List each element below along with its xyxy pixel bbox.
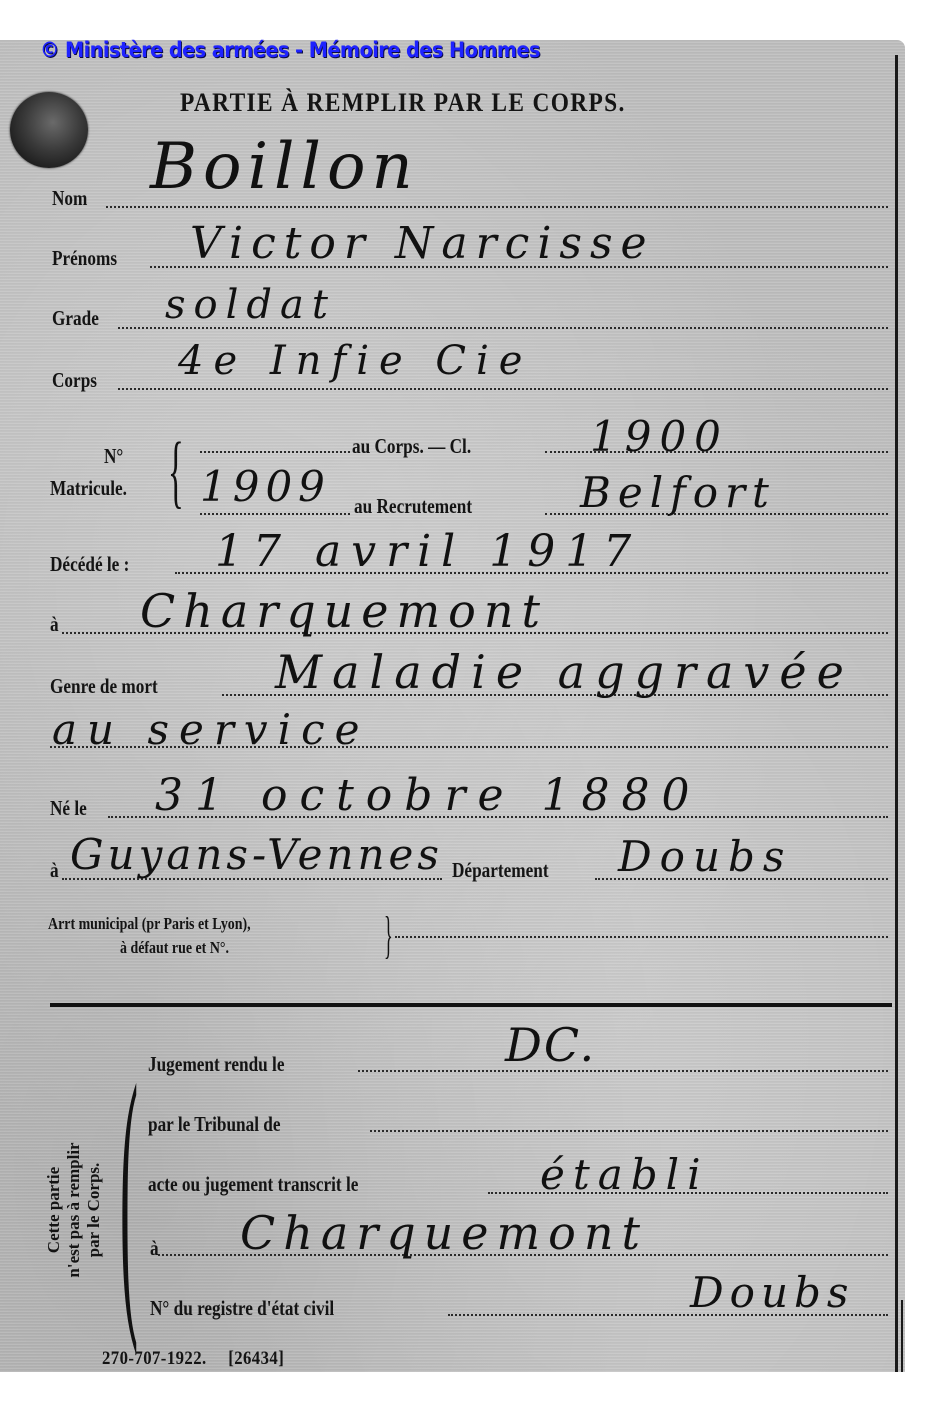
jugement-value: DC. xyxy=(505,1018,596,1072)
decede-a-value: Charquemont xyxy=(140,584,548,638)
decede-le-label: Décédé le : xyxy=(50,552,129,577)
side-note-line3: par le Corps. xyxy=(84,1090,104,1330)
grade-value: soldat xyxy=(165,282,336,328)
matricule-label: Matricule. xyxy=(50,476,127,501)
transcription-a-label: à xyxy=(150,1236,159,1261)
ne-a-label: à xyxy=(50,858,59,883)
copyright-watermark: © Ministère des armées - Mémoire des Hom… xyxy=(40,38,540,62)
section-divider xyxy=(50,1003,892,1007)
genre-de-mort-value-line1: Maladie aggravée xyxy=(275,645,854,699)
right-border-line xyxy=(895,55,898,1372)
nom-dotted-line xyxy=(106,206,888,208)
ne-le-label: Né le xyxy=(50,796,87,821)
registre-label: N° du registre d'état civil xyxy=(150,1296,334,1321)
side-note: Cette partie n'est pas à remplir par le … xyxy=(44,1090,124,1330)
arrondissement-label-line1: Arrt municipal (pr Paris et Lyon), xyxy=(48,914,251,934)
form-title: PARTIE À REMPLIR PAR LE CORPS. xyxy=(180,88,626,118)
civil-section-brace: ( xyxy=(120,1040,138,1340)
au-recrutement-label: au Recrutement xyxy=(354,494,472,519)
tribunal-label: par le Tribunal de xyxy=(148,1112,281,1137)
ne-a-value: Guyans-Vennes xyxy=(70,830,443,879)
nom-label: Nom xyxy=(52,186,87,211)
arrondissement-brace: } xyxy=(384,910,393,962)
acte-value: établi xyxy=(540,1150,709,1199)
jugement-label: Jugement rendu le xyxy=(148,1052,284,1077)
print-ref: [26434] xyxy=(228,1348,284,1369)
corps-dotted-line xyxy=(118,388,888,390)
wax-seal-icon xyxy=(10,92,88,168)
arrondissement-label-line2: à défaut rue et N°. xyxy=(120,938,229,958)
genre-de-mort-value-line2: au service xyxy=(52,705,369,754)
recrutement-value: Belfort xyxy=(580,468,776,517)
print-footer: 270-707-1922. [26434] xyxy=(102,1348,284,1370)
side-note-line1: Cette partie xyxy=(44,1090,64,1330)
genre-de-mort-label: Genre de mort xyxy=(50,674,158,699)
departement-value: Doubs xyxy=(618,832,792,881)
prenoms-label: Prénoms xyxy=(52,246,117,271)
arrondissement-dotted-line xyxy=(395,936,888,938)
departement-label: Département xyxy=(452,858,549,883)
matricule-brace: { xyxy=(168,430,184,512)
prenoms-value: Victor Narcisse xyxy=(190,218,655,269)
print-code: 270-707-1922. xyxy=(102,1348,207,1369)
side-note-line2: n'est pas à remplir xyxy=(64,1090,84,1330)
registre-value: Doubs xyxy=(690,1268,854,1317)
corps-value: 4e Infie Cie xyxy=(178,338,532,384)
au-corps-dotted-line xyxy=(200,451,350,453)
grade-label: Grade xyxy=(52,306,99,331)
jugement-dotted-line xyxy=(358,1070,888,1072)
decede-le-value: 17 avril 1917 xyxy=(215,526,641,577)
matricule-label-no: N° xyxy=(104,444,123,469)
right-border-line-inner xyxy=(901,1300,903,1372)
tribunal-dotted-line xyxy=(370,1130,888,1132)
classe-value: 1900 xyxy=(590,412,729,461)
decede-a-label: à xyxy=(50,612,59,637)
transcription-a-value: Charquemont xyxy=(240,1206,648,1260)
au-corps-label: au Corps. — Cl. xyxy=(352,434,471,459)
corps-label: Corps xyxy=(52,368,97,393)
recrutement-number-dotted-line xyxy=(200,513,350,515)
ne-le-value: 31 octobre 1880 xyxy=(155,770,701,821)
nom-value: Boillon xyxy=(150,130,419,204)
acte-label: acte ou jugement transcrit le xyxy=(148,1172,358,1197)
recrutement-number-value: 1909 xyxy=(200,462,331,511)
